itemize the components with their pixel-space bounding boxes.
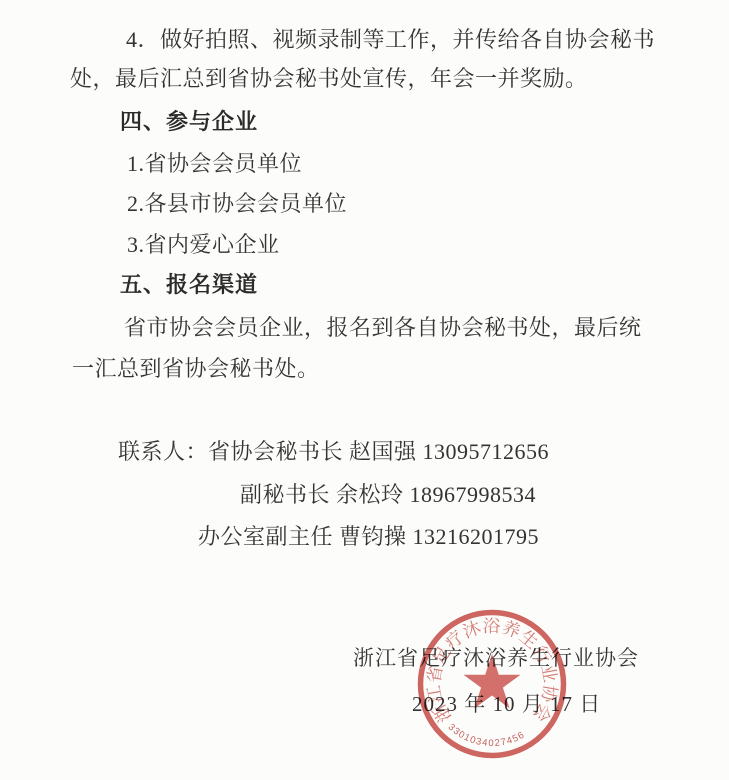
section-four-heading: 四、参与企业 <box>120 108 258 136</box>
paragraph-item4-line2: 处，最后汇总到省协会秘书处宣传，年会一并奖励。 <box>70 65 588 93</box>
section-five-line2: 一汇总到省协会秘书处。 <box>72 355 320 383</box>
scanned-notice-page: 4．做好拍照、视频录制等工作，并传给各自协会秘书 处，最后汇总到省协会秘书处宣传… <box>0 0 729 780</box>
section-four-item-3: 3.省内爱心企业 <box>127 231 280 259</box>
association-seal: 浙江省足疗沐浴养生行业协会 3301034027456 <box>410 602 574 766</box>
contact-line-secretary-general: 联系人：省协会秘书长 赵国强 13095712656 <box>118 438 549 466</box>
section-four-item-1: 1.省协会会员单位 <box>127 150 302 178</box>
section-five-line1: 省市协会会员企业，报名到各自协会秘书处，最后统 <box>124 314 642 342</box>
contact-line-deputy-secretary: 副秘书长 余松玲 18967998534 <box>240 481 536 509</box>
section-five-heading: 五、报名渠道 <box>120 271 258 299</box>
star-icon <box>464 654 521 708</box>
section-four-item-2: 2.各县市协会会员单位 <box>127 190 347 218</box>
contact-line-office-deputy-director: 办公室副主任 曹钧操 13216201795 <box>198 523 539 551</box>
paragraph-item4-line1: 4．做好拍照、视频录制等工作，并传给各自协会秘书 <box>126 26 655 54</box>
